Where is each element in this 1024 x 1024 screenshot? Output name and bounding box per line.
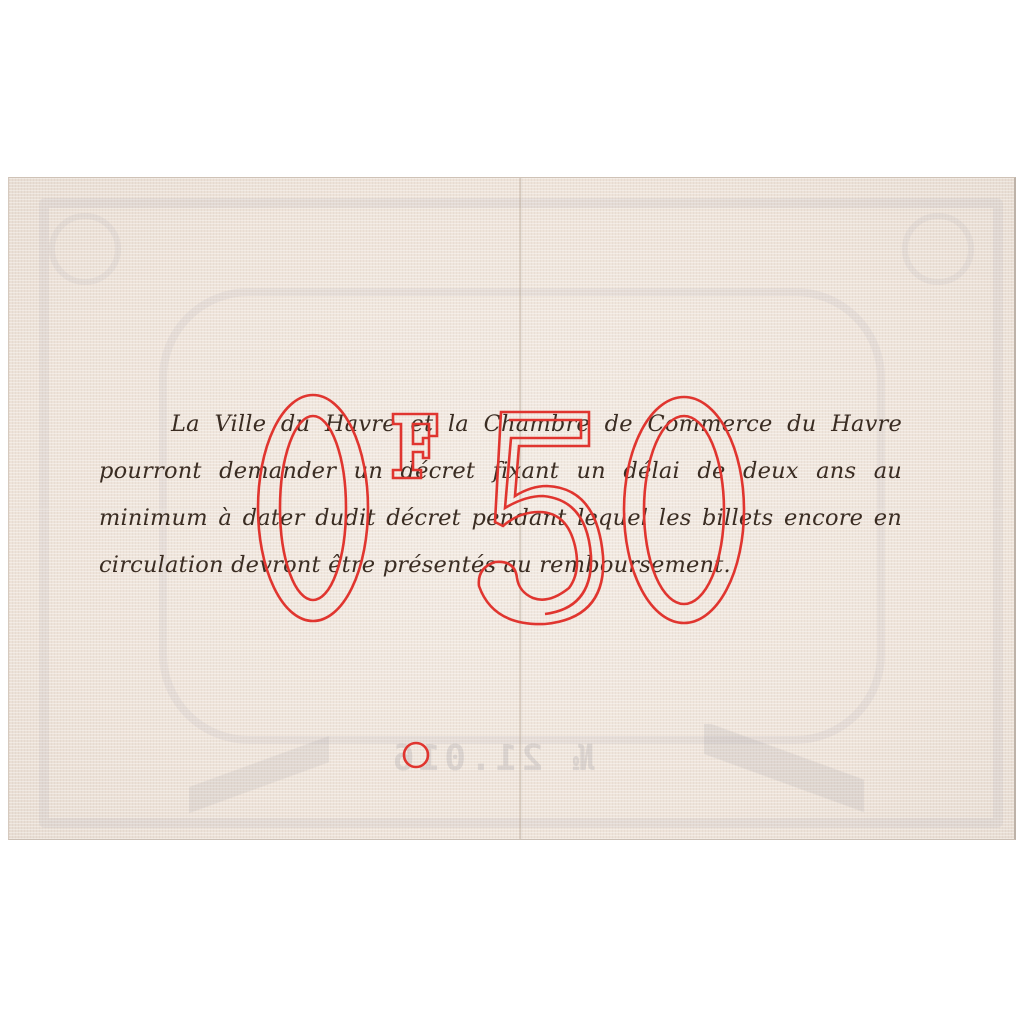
show-through-medallion-right bbox=[902, 213, 974, 285]
show-through-medallion-left bbox=[49, 213, 121, 285]
legal-text: La Ville du Havre et la Chambre de Comme… bbox=[99, 401, 902, 589]
banknote-reverse: La Ville du Havre et la Chambre de Comme… bbox=[8, 177, 1016, 840]
show-through-serial: № 21.016 bbox=[389, 738, 594, 779]
show-through-ornament-left bbox=[189, 734, 329, 814]
image-stage: La Ville du Havre et la Chambre de Comme… bbox=[0, 0, 1024, 1024]
show-through-ornament-right bbox=[704, 724, 864, 814]
